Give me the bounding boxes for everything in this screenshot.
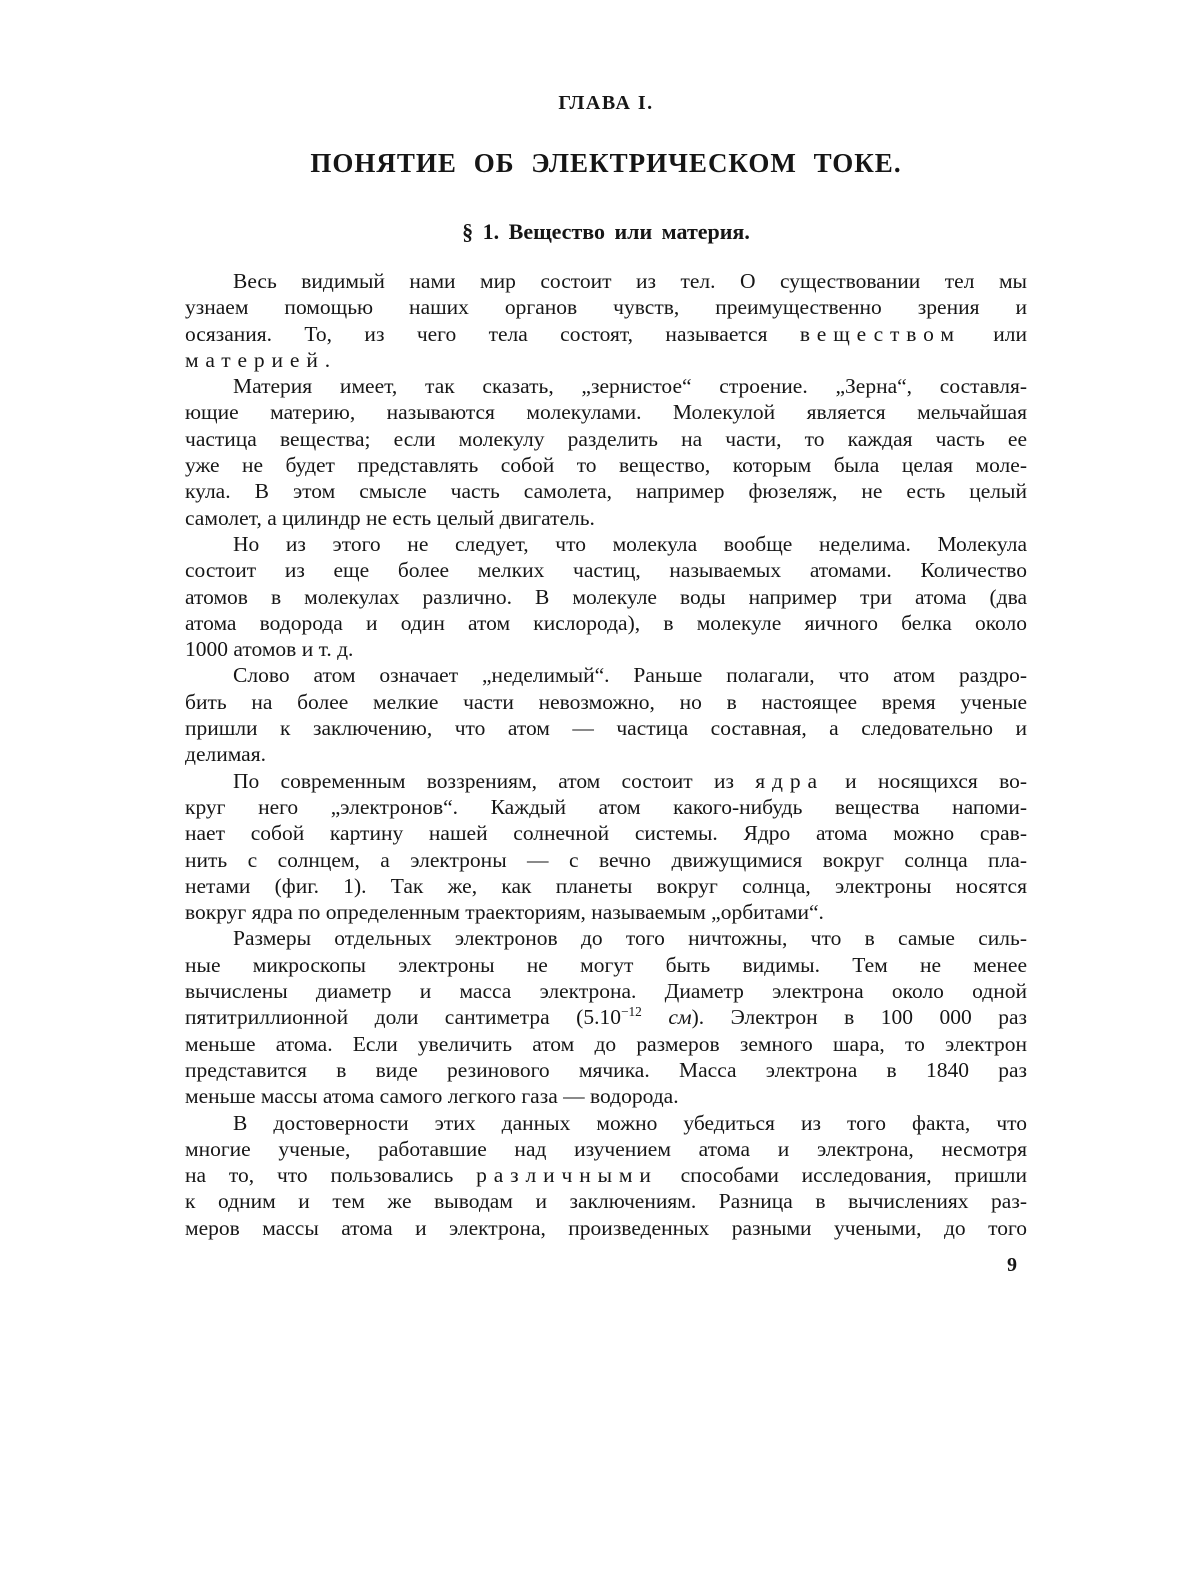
text-segment: вокруг ядра по определенным траекториям,…	[185, 900, 824, 924]
sup-text: −12	[621, 1004, 642, 1019]
text-segment: атома водорода и один атом кислорода), в…	[185, 611, 1027, 635]
text-line: кула. В этом смысле часть самолета, напр…	[185, 478, 1027, 504]
page-number: 9	[185, 1254, 1027, 1277]
text-segment: Но из этого не следует, что молекула воо…	[233, 532, 1027, 556]
text-segment: нает собой картину нашей солнечной систе…	[185, 821, 1027, 845]
text-segment: пятитриллионной доли сантиметра (5.10	[185, 1005, 621, 1029]
text-segment: вычислены диаметр и масса электрона. Диа…	[185, 979, 1027, 1003]
text-line: узнаем помощью наших органов чувств, пре…	[185, 294, 1027, 320]
text-segment	[642, 1005, 669, 1029]
text-line: на то, что пользовались различными спосо…	[185, 1162, 1027, 1188]
text-segment: уже не будет представлять собой то вещес…	[185, 453, 1027, 477]
italic-text: см	[668, 1005, 691, 1029]
text-segment: Материя имеет, так сказать, „зернистое“ …	[233, 374, 1027, 398]
text-line: вычислены диаметр и масса электрона. Диа…	[185, 978, 1027, 1004]
text-line: нить с солнцем, а электроны — с вечно дв…	[185, 847, 1027, 873]
text-segment: ные микроскопы электроны не могут быть в…	[185, 953, 1027, 977]
text-segment: осязания. То, из чего тела состоят, назы…	[185, 322, 800, 346]
text-segment: представится в виде резинового мячика. М…	[185, 1058, 1027, 1082]
spaced-text: различными	[476, 1163, 658, 1187]
text-segment: меров массы атома и электрона, произведе…	[185, 1216, 1027, 1240]
text-segment: Слово атом означает „неделимый“. Раньше …	[233, 663, 1027, 687]
paragraph: Слово атом означает „неделимый“. Раньше …	[185, 662, 1027, 767]
text-line: материей.	[185, 347, 1027, 373]
text-segment: меньше массы атома самого легкого газа —…	[185, 1084, 679, 1108]
paragraph: В достоверности этих данных можно убедит…	[185, 1110, 1027, 1241]
text-line: уже не будет представлять собой то вещес…	[185, 452, 1027, 478]
text-block: Весь видимый нами мир состоит из тел. О …	[185, 268, 1027, 1241]
text-segment: ). Электрон в 100 000 раз	[692, 1005, 1027, 1029]
text-line: к одним и тем же выводам и заключениям. …	[185, 1188, 1027, 1214]
text-segment: бить на более мелкие части невозможно, н…	[185, 690, 1027, 714]
paragraph: Но из этого не следует, что молекула воо…	[185, 531, 1027, 662]
text-segment: к одним и тем же выводам и заключениям. …	[185, 1189, 1027, 1213]
page-title: ПОНЯТИЕ ОБ ЭЛЕКТРИЧЕСКОМ ТОКЕ.	[185, 148, 1027, 179]
paragraph: Весь видимый нами мир состоит из тел. О …	[185, 268, 1027, 373]
text-line: меньше атома. Если увеличить атом до раз…	[185, 1031, 1027, 1057]
text-line: Слово атом означает „неделимый“. Раньше …	[185, 662, 1027, 688]
text-line: Материя имеет, так сказать, „зернистое“ …	[185, 373, 1027, 399]
text-segment: меньше атома. Если увеличить атом до раз…	[185, 1032, 1027, 1056]
text-line: ющие материю, называются молекулами. Мол…	[185, 399, 1027, 425]
text-line: нает собой картину нашей солнечной систе…	[185, 820, 1027, 846]
spaced-text: материей	[185, 348, 325, 372]
text-line: делимая.	[185, 741, 1027, 767]
text-segment: самолет, а цилиндр не есть целый двигате…	[185, 506, 595, 530]
text-line: Но из этого не следует, что молекула воо…	[185, 531, 1027, 557]
text-line: В достоверности этих данных можно убедит…	[185, 1110, 1027, 1136]
text-line: меров массы атома и электрона, произведе…	[185, 1215, 1027, 1241]
text-line: многие ученые, работавшие над изучением …	[185, 1136, 1027, 1162]
text-segment: ющие материю, называются молекулами. Мол…	[185, 400, 1027, 424]
text-line: частица вещества; если молекулу разделит…	[185, 426, 1027, 452]
text-segment: атомов в молекулах различно. В молекуле …	[185, 585, 1027, 609]
book-page: ГЛАВА I. ПОНЯТИЕ ОБ ЭЛЕКТРИЧЕСКОМ ТОКЕ. …	[0, 0, 1191, 1588]
text-line: меньше массы атома самого легкого газа —…	[185, 1083, 1027, 1109]
text-segment: круг него „электронов“. Каждый атом како…	[185, 795, 1027, 819]
text-segment: или	[961, 322, 1027, 346]
chapter-heading: ГЛАВА I.	[185, 92, 1027, 115]
text-line: состоит из еще более мелких частиц, назы…	[185, 557, 1027, 583]
text-line: круг него „электронов“. Каждый атом како…	[185, 794, 1027, 820]
spaced-text: ядра	[755, 769, 824, 793]
text-line: атома водорода и один атом кислорода), в…	[185, 610, 1027, 636]
text-segment: узнаем помощью наших органов чувств, пре…	[185, 295, 1027, 319]
text-line: Размеры отдельных электронов до того нич…	[185, 925, 1027, 951]
text-segment: .	[325, 348, 330, 372]
text-segment: нить с солнцем, а электроны — с вечно дв…	[185, 848, 1027, 872]
text-segment: Размеры отдельных электронов до того нич…	[233, 926, 1027, 950]
text-segment: делимая.	[185, 742, 266, 766]
text-segment: По современным воззрениям, атом состоит …	[233, 769, 755, 793]
text-segment: частица вещества; если молекулу разделит…	[185, 427, 1027, 451]
text-segment: 1000 атомов и т. д.	[185, 637, 353, 661]
text-segment: на то, что пользовались	[185, 1163, 476, 1187]
text-segment: многие ученые, работавшие над изучением …	[185, 1137, 1027, 1161]
section-heading: § 1. Вещество или материя.	[185, 219, 1027, 245]
text-segment: нетами (фиг. 1). Так же, как планеты вок…	[185, 874, 1027, 898]
text-line: пришли к заключению, что атом — частица …	[185, 715, 1027, 741]
text-segment: состоит из еще более мелких частиц, назы…	[185, 558, 1027, 582]
paragraph: По современным воззрениям, атом состоит …	[185, 768, 1027, 926]
text-line: вокруг ядра по определенным траекториям,…	[185, 899, 1027, 925]
text-line: представится в виде резинового мячика. М…	[185, 1057, 1027, 1083]
text-segment: Весь видимый нами мир состоит из тел. О …	[233, 269, 1027, 293]
text-line: ные микроскопы электроны не могут быть в…	[185, 952, 1027, 978]
text-line: 1000 атомов и т. д.	[185, 636, 1027, 662]
paragraph: Размеры отдельных электронов до того нич…	[185, 925, 1027, 1109]
text-segment: кула. В этом смысле часть самолета, напр…	[185, 479, 1027, 503]
text-line: осязания. То, из чего тела состоят, назы…	[185, 321, 1027, 347]
text-line: пятитриллионной доли сантиметра (5.10−12…	[185, 1004, 1027, 1030]
page-content: ГЛАВА I. ПОНЯТИЕ ОБ ЭЛЕКТРИЧЕСКОМ ТОКЕ. …	[185, 0, 1027, 1277]
text-line: По современным воззрениям, атом состоит …	[185, 768, 1027, 794]
spaced-text: веществом	[800, 322, 961, 346]
text-line: самолет, а цилиндр не есть целый двигате…	[185, 505, 1027, 531]
text-line: нетами (фиг. 1). Так же, как планеты вок…	[185, 873, 1027, 899]
paragraph: Материя имеет, так сказать, „зернистое“ …	[185, 373, 1027, 531]
text-line: Весь видимый нами мир состоит из тел. О …	[185, 268, 1027, 294]
text-line: бить на более мелкие части невозможно, н…	[185, 689, 1027, 715]
text-segment: пришли к заключению, что атом — частица …	[185, 716, 1027, 740]
text-line: атомов в молекулах различно. В молекуле …	[185, 584, 1027, 610]
text-segment: В достоверности этих данных можно убедит…	[233, 1111, 1027, 1135]
text-segment: и носящихся во-	[824, 769, 1027, 793]
text-segment: способами исследования, пришли	[658, 1163, 1027, 1187]
